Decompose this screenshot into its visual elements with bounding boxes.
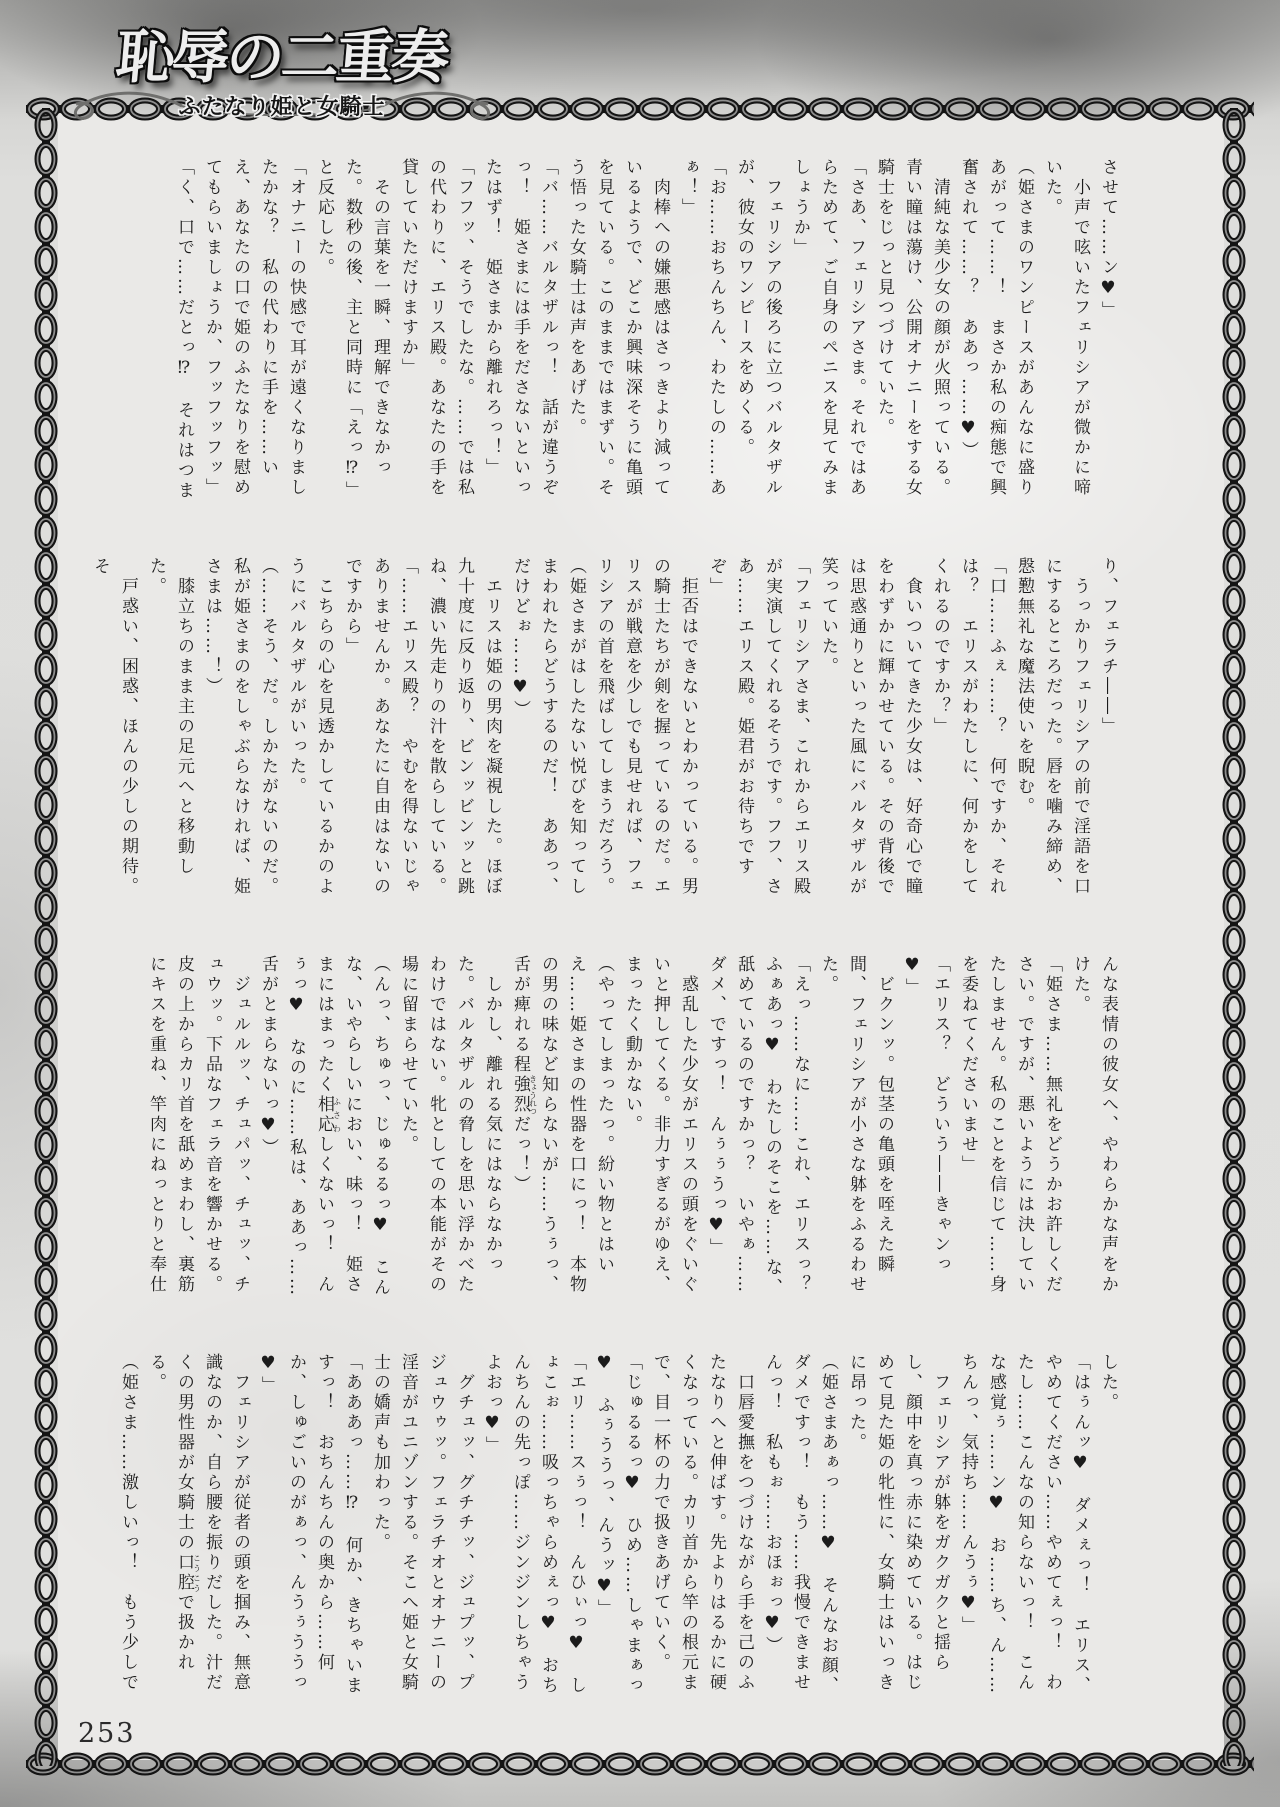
- book-title: 恥辱の二重奏: [58, 10, 505, 94]
- paragraph: んな表情の彼女へ、やわらかな声をかけた。: [1066, 955, 1122, 1305]
- paragraph: （やってしまったっ。紛い物とはいえ……姫さまの性器を口にっ！ 本物の男の味など知…: [506, 955, 618, 1305]
- paragraph: うっかりフェリシアの前で淫語を口にするところだった。唇を噛み締め、慇懃無礼な魔法…: [1010, 557, 1094, 907]
- chain-border-bottom-icon: [26, 1751, 1254, 1777]
- paragraph: 「はぅんッ♥ ダメぇっ！ エリス、やめてください……やめてぇっ！ わたし……こん…: [954, 1353, 1094, 1703]
- paragraph: した。: [1094, 1353, 1122, 1703]
- book-subtitle: ふたなり姫と女騎士: [62, 90, 502, 121]
- paragraph: 「さあ、フェリシアさま。それではあらためて、ご自身のペニスを見てみましょうか」: [786, 158, 870, 508]
- paragraph: 拒否はできないとわかっている。男の騎士たちが剣を握っているのだ。エリスが戦意を少…: [590, 557, 702, 907]
- paragraph: り、フェラチ――」: [1094, 557, 1122, 907]
- paragraph: 「エリス？ どういう――きゃンっ♥」: [898, 955, 954, 1305]
- paragraph: こちらの心を見透かしているかのようにバルタザルがいった。: [282, 557, 338, 907]
- paragraph: （んっ、ちゅっ、じゅるるっ♥ こんな、いやらしいにおい、味っ！ 姫さまにはまった…: [254, 955, 394, 1305]
- paragraph: その言葉を一瞬、理解できなかった。数秒の後、主と同時に「えっ⁉」と反応した。: [310, 158, 394, 508]
- paragraph: しかし、離れる気にはならなかった。バルタザルの脅しを思い浮かべたわけではない。牝…: [394, 955, 506, 1305]
- paragraph: 「口……ふぇ……？ 何ですか、それは？ エリスがわたしに、何かをしてくれるのです…: [926, 557, 1010, 907]
- title-block: 恥辱の二重奏 ふたなり姫と女騎士: [62, 10, 502, 121]
- paragraph: 「く、口で……だとっ⁉ それはつま: [170, 158, 198, 508]
- paragraph: 膝立ちのまま主の足元へと移動した。: [142, 557, 198, 907]
- paragraph: 「フフッ、そうでしたな。……では私の代わりに、エリス殿。あなたの手を貸していただ…: [394, 158, 478, 508]
- text-band-2: り、フェラチ――」 うっかりフェリシアの前で淫語を口にするところだった。唇を噛み…: [70, 557, 1122, 907]
- paragraph: 食いついてきた少女は、好奇心で瞳をわずかに輝かせている。その背後では思惑通りとい…: [814, 557, 926, 907]
- paragraph: 小声で呟いたフェリシアが微かに啼いた。: [1038, 158, 1094, 508]
- paragraph: 「バ……バルタザルっ！ 話が違うぞっ！ 姫さまには手をださないといったはず！ 姫…: [478, 158, 562, 508]
- text-band-4: した。「はぅんッ♥ ダメぇっ！ エリス、やめてください……やめてぇっ！ わたし……: [70, 1353, 1122, 1703]
- chain-border-left-icon: [33, 108, 59, 1766]
- page-number: 253: [78, 1718, 136, 1749]
- paragraph: 惑乱した少女がエリスの頭をぐいぐいと押してくる。非力すぎるがゆえ、まったく動かな…: [618, 955, 702, 1305]
- paragraph: 「お……おちんちん、わたしの……あぁ！」: [674, 158, 730, 508]
- paragraph: 戸惑い、困惑、ほんの少しの期待。そ: [86, 557, 142, 907]
- paragraph: 「……エリス殿？ やむを得ないじゃありませんか。あなたに自由はないのですから」: [338, 557, 422, 907]
- paragraph: （……そう、だ。しかたがないのだ。私が姫さまのをしゃぶらなければ、姫さまは……！…: [198, 557, 282, 907]
- novel-page: 恥辱の二重奏 ふたなり姫と女騎士 させて……ン♥」 小声で呟いたフェリシアが微か…: [0, 0, 1280, 1807]
- paragraph: 「姫さま……無礼をどうかお許しください。ですが、悪いようには決していたしません。…: [954, 955, 1066, 1305]
- paragraph: 清純な美少女の顔が火照っている。青い瞳は蕩け、公開オナニーをする女騎士をじっと見…: [870, 158, 954, 508]
- text-band-1: させて……ン♥」 小声で呟いたフェリシアが微かに啼いた。（姫さまのワンピースがあ…: [70, 158, 1122, 508]
- paragraph: 「じゅるるっ♥ ひめ……しゃまぁっ♥ ふぅううっ、んうッ♥」: [590, 1353, 646, 1703]
- paragraph: させて……ン♥」: [1094, 158, 1122, 508]
- paragraph: ジュルルッ、チュパッ、チュッ、チュウッ。下品なフェラ音を響かせる。皮の上からカリ…: [142, 955, 254, 1305]
- paragraph: フェリシアが従者の頭を掴み、無意識なのか、自ら腰を振りだした。汁だくの男性器が女…: [142, 1353, 254, 1703]
- paragraph: グチュッ、グチチッ、ジュプッ、プジュウゥッ。フェラチオとオナニーの淫音がユニゾン…: [366, 1353, 478, 1703]
- paragraph: 「えっ……なに……これ、エリスっ？ ふぁあっ♥ わたしのそこを……な、舐めている…: [702, 955, 814, 1305]
- paragraph: 「あああっ……⁉ 何か、きちゃいますっ！ おちんちんの奥から……何か、しゅごいの…: [254, 1353, 366, 1703]
- paragraph: （姫さまがはしたない悦びを知ってしまわれたらどうするのだ！ ああっ、だけどぉ………: [506, 557, 590, 907]
- text-band-3: んな表情の彼女へ、やわらかな声をかけた。「姫さま……無礼をどうかお許しください。…: [70, 955, 1122, 1305]
- paragraph: 「フェリシアさま、これからエリス殿が実演してくれるそうです。フフ、さあ……エリス…: [702, 557, 814, 907]
- paragraph: 「エリ……スぅっ！ んひぃっ♥ しょこぉ……吸っちゃらめぇっ♥ おちんちんの先っ…: [478, 1353, 590, 1703]
- paragraph: 口唇愛撫をつづけながら手を己のふたなりへと伸ばす。先よりはるかに硬くなっている。…: [646, 1353, 758, 1703]
- paragraph: （姫さまのワンピースがあんなに盛りあがって……！ まさか私の痴態で興奮されて………: [954, 158, 1038, 508]
- paragraph: （姫さまあぁっ……♥ そんなお顔、ダメですっ！ もう……我慢できませんっ！ 私も…: [758, 1353, 842, 1703]
- paragraph: 「オナニーの快感で耳が遠くなりましたかな？ 私の代わりに手を……いえ、あなたの口…: [198, 158, 310, 508]
- paragraph: （姫さま……激しいっ！ もう少しで: [114, 1353, 142, 1703]
- paragraph: フェリシアの後ろに立つバルタザルが、彼女のワンピースをめくる。: [730, 158, 786, 508]
- paragraph: フェリシアが躰をガクガクと揺らし、顔中を真っ赤に染めている。はじめて見た姫の牝性…: [842, 1353, 954, 1703]
- paragraph: ビクンッ。包茎の亀頭を咥えた瞬間、フェリシアが小さな躰をふるわせた。: [814, 955, 898, 1305]
- chain-border-right-icon: [1221, 108, 1247, 1766]
- paragraph: 肉棒への嫌悪感はさっきより減っているようで、どこか興味深そうに亀頭を見ている。こ…: [562, 158, 674, 508]
- paragraph: エリスは姫の男肉を凝視した。ほぼ九十度に反り返り、ビンッビンッと跳ね、濃い先走り…: [422, 557, 506, 907]
